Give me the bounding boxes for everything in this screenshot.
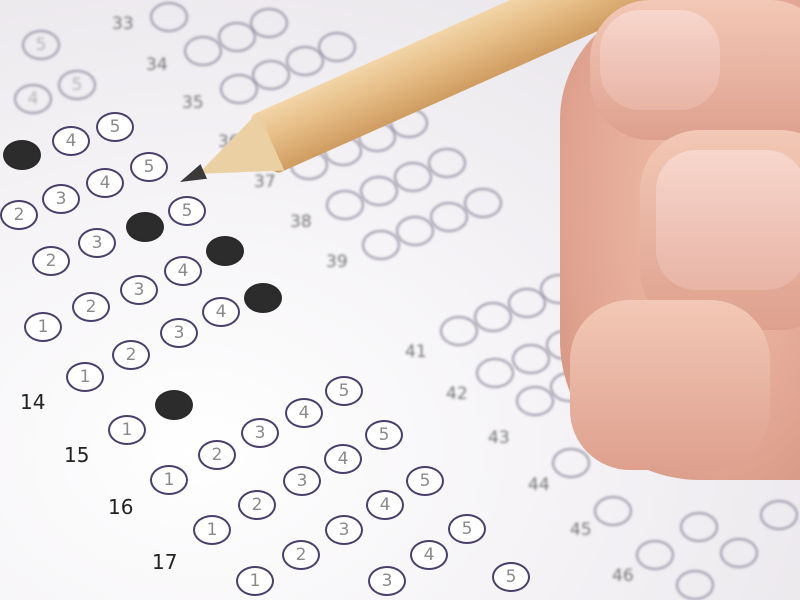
answer-bubble[interactable]: 5 bbox=[96, 112, 134, 142]
question-number: 46 bbox=[612, 566, 634, 586]
answer-bubble[interactable] bbox=[396, 216, 434, 246]
question-number: 45 bbox=[570, 520, 592, 540]
answer-sheet-photo: 14 15 16 17 33 34 35 36 37 38 39 41 42 4… bbox=[0, 0, 800, 600]
hand bbox=[560, 0, 800, 480]
index-fingernail bbox=[600, 10, 720, 110]
answer-bubble[interactable]: 4 bbox=[202, 297, 240, 327]
answer-bubble[interactable]: 4 bbox=[324, 444, 362, 474]
answer-bubble[interactable]: 1 bbox=[24, 312, 62, 342]
answer-bubble[interactable] bbox=[512, 344, 550, 374]
answer-bubble[interactable] bbox=[636, 540, 674, 570]
answer-bubble[interactable]: 4 bbox=[86, 168, 124, 198]
answer-bubble[interactable]: 3 bbox=[160, 318, 198, 348]
middle-finger bbox=[570, 300, 770, 470]
answer-bubble[interactable] bbox=[252, 60, 290, 90]
answer-bubble[interactable]: 2 bbox=[238, 490, 276, 520]
answer-bubble[interactable]: 3 bbox=[325, 515, 363, 545]
question-number: 39 bbox=[326, 252, 348, 272]
pencil-lead bbox=[177, 164, 207, 189]
answer-bubble[interactable] bbox=[720, 538, 758, 568]
answer-bubble[interactable]: 4 bbox=[164, 256, 202, 286]
answer-bubble-filled[interactable]: 4 bbox=[206, 236, 244, 266]
answer-bubble[interactable]: 5 bbox=[58, 70, 96, 100]
question-number: 34 bbox=[146, 55, 168, 75]
question-number: 42 bbox=[446, 384, 468, 404]
answer-bubble[interactable]: 3 bbox=[283, 466, 321, 496]
question-number: 38 bbox=[290, 212, 312, 232]
answer-bubble[interactable] bbox=[430, 202, 468, 232]
answer-bubble[interactable] bbox=[474, 302, 512, 332]
answer-bubble[interactable]: 3 bbox=[120, 275, 158, 305]
answer-bubble[interactable]: 3 bbox=[241, 418, 279, 448]
question-number: 16 bbox=[108, 495, 133, 519]
answer-bubble[interactable]: 1 bbox=[236, 566, 274, 596]
question-number: 41 bbox=[405, 342, 427, 362]
answer-bubble[interactable] bbox=[676, 570, 714, 600]
answer-bubble-filled[interactable]: 2 bbox=[155, 390, 193, 420]
question-number: 44 bbox=[528, 475, 550, 495]
answer-bubble[interactable] bbox=[184, 36, 222, 66]
answer-bubble[interactable]: 3 bbox=[368, 566, 406, 596]
answer-bubble[interactable]: 1 bbox=[108, 415, 146, 445]
answer-bubble[interactable] bbox=[440, 316, 478, 346]
answer-bubble[interactable]: 2 bbox=[32, 246, 70, 276]
answer-bubble[interactable]: 5 bbox=[325, 376, 363, 406]
answer-bubble[interactable]: 2 bbox=[112, 340, 150, 370]
answer-bubble[interactable]: 5 bbox=[365, 420, 403, 450]
question-number: 15 bbox=[64, 443, 89, 467]
answer-bubble[interactable]: 5 bbox=[492, 562, 530, 592]
answer-bubble[interactable] bbox=[150, 2, 188, 32]
answer-bubble[interactable] bbox=[760, 500, 798, 530]
answer-bubble[interactable] bbox=[552, 448, 590, 478]
question-number: 43 bbox=[488, 428, 510, 448]
answer-bubble[interactable]: 5 bbox=[448, 514, 486, 544]
answer-bubble[interactable]: 2 bbox=[72, 292, 110, 322]
answer-bubble[interactable] bbox=[516, 386, 554, 416]
answer-bubble[interactable]: 1 bbox=[150, 465, 188, 495]
answer-bubble[interactable]: 5 bbox=[22, 30, 60, 60]
answer-bubble[interactable]: 2 bbox=[198, 440, 236, 470]
answer-bubble-filled[interactable]: 5 bbox=[244, 283, 282, 313]
answer-bubble[interactable] bbox=[594, 496, 632, 526]
answer-bubble[interactable]: 4 bbox=[52, 126, 90, 156]
answer-bubble[interactable] bbox=[250, 8, 288, 38]
answer-bubble[interactable]: 4 bbox=[410, 540, 448, 570]
answer-bubble[interactable] bbox=[476, 358, 514, 388]
answer-bubble[interactable] bbox=[360, 176, 398, 206]
answer-bubble[interactable] bbox=[362, 230, 400, 260]
answer-bubble[interactable]: 2 bbox=[0, 200, 38, 230]
answer-bubble[interactable] bbox=[326, 190, 364, 220]
answer-bubble[interactable]: 5 bbox=[130, 152, 168, 182]
answer-bubble[interactable]: 3 bbox=[42, 184, 80, 214]
answer-bubble-filled[interactable]: 4 bbox=[126, 212, 164, 242]
answer-bubble[interactable] bbox=[680, 512, 718, 542]
answer-bubble[interactable]: 4 bbox=[285, 398, 323, 428]
question-number: 17 bbox=[152, 550, 177, 574]
answer-bubble[interactable] bbox=[318, 32, 356, 62]
answer-bubble[interactable] bbox=[428, 148, 466, 178]
thumbnail bbox=[656, 150, 800, 290]
answer-bubble[interactable]: 5 bbox=[406, 466, 444, 496]
answer-bubble[interactable]: 4 bbox=[14, 84, 52, 114]
question-number: 35 bbox=[182, 93, 204, 113]
answer-bubble[interactable]: 1 bbox=[193, 515, 231, 545]
answer-bubble[interactable] bbox=[394, 162, 432, 192]
answer-bubble[interactable]: 3 bbox=[78, 228, 116, 258]
answer-bubble[interactable]: 1 bbox=[66, 362, 104, 392]
answer-bubble[interactable]: 4 bbox=[366, 490, 404, 520]
question-number: 33 bbox=[112, 14, 134, 34]
answer-bubble[interactable] bbox=[464, 188, 502, 218]
answer-bubble-filled[interactable]: 1 bbox=[3, 140, 41, 170]
answer-bubble[interactable]: 2 bbox=[282, 540, 320, 570]
question-number: 14 bbox=[20, 390, 45, 414]
